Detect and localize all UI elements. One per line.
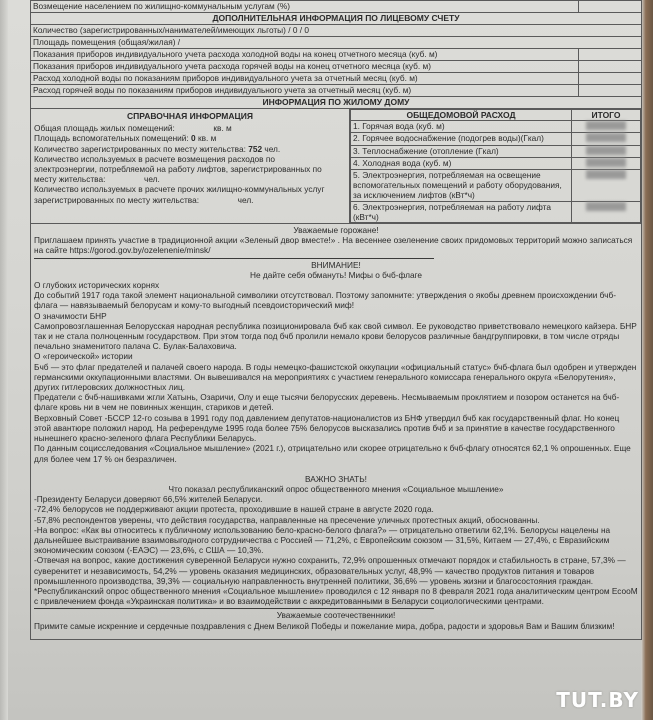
other-services-line-2: зарегистрированных по месту жительства: … (34, 195, 346, 205)
expense-total (572, 201, 641, 222)
table-row: 2. Горячее водоснабжение (подогрев воды)… (351, 133, 641, 145)
hot-water-reading-value (579, 61, 642, 73)
aux-area-line: Площадь вспомогательных помещений: 0 кв.… (34, 133, 346, 143)
additional-info-header: ДОПОЛНИТЕЛЬНАЯ ИНФОРМАЦИЯ ПО ЛИЦЕВОМУ СЧ… (31, 13, 642, 25)
expense-total (572, 133, 641, 145)
table-row: Показания приборов индивидуального учета… (31, 49, 642, 61)
redacted-value (586, 158, 626, 167)
common-expense-table: ОБЩЕДОМОВОЙ РАСХОД ИТОГО 1. Горячая вода… (350, 109, 641, 223)
redacted-value (586, 133, 626, 142)
expense-item: 3. Теплоснабжение (отопление (Гкал) (351, 145, 572, 157)
house-info-header: ИНФОРМАЦИЯ ПО ЖИЛОМУ ДОМУ (31, 97, 642, 109)
expense-item: 6. Электроэнергия, потребляемая на работ… (351, 201, 572, 222)
attention-paragraph: О «героической» истории (34, 351, 638, 361)
redacted-value (586, 121, 626, 130)
survey-footnote: *Республиканский опрос общественного мне… (34, 586, 638, 606)
table-row: 6. Электроэнергия, потребляемая на работ… (351, 201, 641, 222)
common-expense-header: ОБЩЕДОМОВОЙ РАСХОД (351, 110, 572, 121)
hot-water-reading-label: Показания приборов индивидуального учета… (31, 61, 579, 73)
expense-item: 2. Горячее водоснабжение (подогрев воды)… (351, 133, 572, 145)
survey-item: -57,8% респондентов уверены, что действи… (34, 515, 638, 525)
survey-item: -Отвечая на вопрос, какие достижения сув… (34, 555, 638, 586)
account-info-table: Возмещение населением по жилищно-коммуна… (30, 0, 642, 109)
hot-water-usage-value (579, 85, 642, 97)
divider (34, 608, 434, 609)
common-expense: ОБЩЕДОМОВОЙ РАСХОД ИТОГО 1. Горячая вода… (350, 109, 641, 223)
other-services-unit: чел. (238, 195, 254, 205)
total-area-label: Общая площадь жилых помещений: (34, 123, 175, 133)
attention-paragraph: О глубоких исторических корнях (34, 280, 638, 290)
other-services-label: зарегистрированных по месту жительства: (34, 195, 199, 205)
expense-total (572, 121, 641, 133)
redacted-value (586, 202, 626, 211)
attention-paragraph: Верховный Совет -БССР 12-го созыва в 199… (34, 413, 638, 444)
expense-total (572, 145, 641, 157)
attention-subtitle: Не дайте себя обмануть! Мифы о бчб-флаге (34, 270, 638, 280)
total-area-unit: кв. м (213, 123, 231, 133)
redacted-value (586, 170, 626, 179)
expense-total (572, 157, 641, 169)
attention-paragraph: Предатели с бчб-нашивками жгли Хатынь, О… (34, 392, 638, 412)
survey-item: -Президенту Беларуси доверяют 66,5% жите… (34, 494, 638, 504)
expense-item: 4. Холодная вода (куб. м) (351, 157, 572, 169)
greening-title: Уважаемые горожане! (34, 225, 638, 235)
registered-line: Количество зарегистрированных по месту ж… (34, 144, 346, 154)
area-row: Площадь помещения (общая/жилая) / (31, 37, 642, 49)
attention-title: ВНИМАНИЕ! (34, 260, 638, 270)
attention-paragraph: До событий 1917 года такой элемент нацио… (34, 290, 638, 310)
survey-item: -72,4% белорусов не поддерживают акции п… (34, 504, 638, 514)
elevator-label: месту жительства: (34, 174, 105, 184)
table-row: 4. Холодная вода (куб. м) (351, 157, 641, 169)
expense-item: 1. Горячая вода (куб. м) (351, 121, 572, 133)
utility-bill-sheet: Возмещение населением по жилищно-коммуна… (30, 0, 642, 640)
greening-notice: Уважаемые горожане! Приглашаем принять у… (30, 224, 642, 640)
registered-unit: чел. (264, 144, 280, 154)
cold-water-reading-value (579, 49, 642, 61)
reimbursement-label: Возмещение населением по жилищно-коммуна… (31, 1, 579, 13)
attention-paragraph: По данным социсследования «Социальное мы… (34, 443, 638, 463)
table-row: Показания приборов индивидуального учета… (31, 61, 642, 73)
registered-count-row: Количество (зарегистрированных/нанимател… (31, 25, 642, 37)
reference-header: СПРАВОЧНАЯ ИНФОРМАЦИЯ (34, 109, 346, 123)
divider (34, 258, 434, 259)
total-area-line: Общая площадь жилых помещений: кв. м (34, 123, 346, 133)
elevator-unit: чел. (144, 174, 160, 184)
registered-value: 752 (248, 144, 262, 154)
compatriots-title: Уважаемые соотечественники! (34, 610, 638, 620)
photo-edge-left (0, 0, 8, 720)
cold-water-reading-label: Показания приборов индивидуального учета… (31, 49, 579, 61)
elevator-line-2: электроэнергии, потребляемой на работу л… (34, 164, 346, 174)
aux-area-value: 0 (191, 133, 196, 143)
other-services-line-1: Количество используемых в расчете прочих… (34, 184, 346, 194)
total-header: ИТОГО (572, 110, 641, 121)
survey-item: -На вопрос: «Как вы относитесь к публичн… (34, 525, 638, 556)
reference-info: СПРАВОЧНАЯ ИНФОРМАЦИЯ Общая площадь жилы… (31, 109, 350, 223)
table-row: Расход горячей воды по показаниям прибор… (31, 85, 642, 97)
aux-area-label: Площадь вспомогательных помещений: (34, 133, 189, 143)
elevator-line-1: Количество используемых в расчете возмещ… (34, 154, 346, 164)
attention-paragraph: Бчб — это флаг предателей и палачей свое… (34, 362, 638, 393)
table-row: 1. Горячая вода (куб. м) (351, 121, 641, 133)
table-row: 5. Электроэнергия, потребляемая на освещ… (351, 170, 641, 202)
attention-paragraph: О значимости БНР (34, 311, 638, 321)
important-subtitle: Что показал республиканский опрос общест… (34, 484, 638, 494)
cold-water-usage-label: Расход холодной воды по показаниям прибо… (31, 73, 579, 85)
reimbursement-value (579, 1, 642, 13)
compatriots-text: Примите самые искренние и сердечные позд… (34, 621, 638, 631)
hot-water-usage-label: Расход горячей воды по показаниям прибор… (31, 85, 579, 97)
redacted-value (586, 146, 626, 155)
table-row: Возмещение населением по жилищно-коммуна… (31, 1, 642, 13)
aux-area-unit: кв. м (198, 133, 216, 143)
expense-total (572, 170, 641, 202)
greening-text: Приглашаем принять участие в традиционно… (34, 235, 638, 255)
table-row: Расход холодной воды по показаниям прибо… (31, 73, 642, 85)
registered-label: Количество зарегистрированных по месту ж… (34, 144, 246, 154)
table-row: 3. Теплоснабжение (отопление (Гкал) (351, 145, 641, 157)
important-title: ВАЖНО ЗНАТЬ! (34, 474, 638, 484)
cold-water-usage-value (579, 73, 642, 85)
table-row: Количество (зарегистрированных/нанимател… (31, 25, 642, 37)
expense-item: 5. Электроэнергия, потребляемая на освещ… (351, 170, 572, 202)
elevator-line-3: месту жительства: чел. (34, 174, 346, 184)
attention-paragraph: Самопровозглашенная Белорусская народная… (34, 321, 638, 352)
house-info-section: СПРАВОЧНАЯ ИНФОРМАЦИЯ Общая площадь жилы… (30, 109, 642, 224)
table-row: Площадь помещения (общая/жилая) / (31, 37, 642, 49)
tutby-watermark-logo: TUT.BY (556, 688, 639, 712)
photo-edge-right (641, 0, 653, 720)
